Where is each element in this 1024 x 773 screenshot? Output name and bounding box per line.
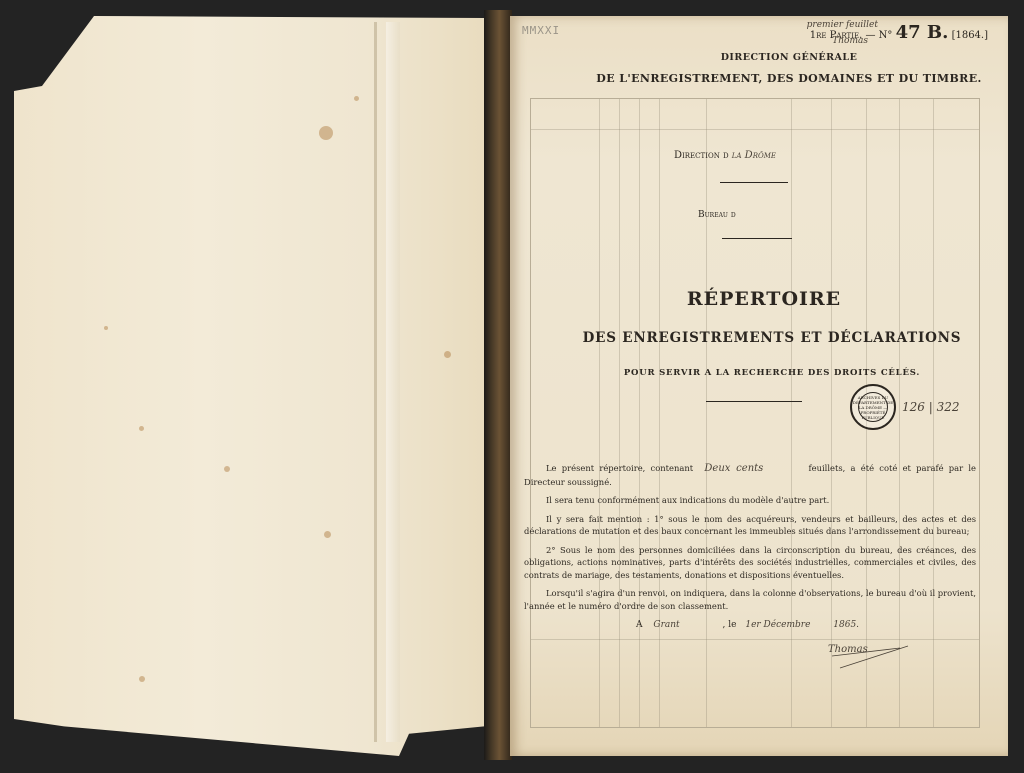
paragraph-3: Il y sera fait mention : 1° sous le nom … [524,513,976,538]
bureau-rule [722,238,792,239]
foxing-spot [354,96,359,101]
foxing-spot [224,466,230,472]
handwritten-note: premier feuillet [807,20,878,30]
bureau-label: Bureau d [698,210,736,220]
paragraph-2: Il sera tenu conformément aux indication… [524,494,976,507]
body-text: Le présent répertoire, contenant Deux ce… [524,462,976,618]
form-reference: premier feuillet Thomas 1re Partie. — N°… [810,22,988,43]
book-spine [484,10,512,760]
foxing-spot [139,676,145,682]
form-number: 47 B. [896,22,949,43]
direction-label: Direction d la Drôme [674,150,776,161]
foxing-spot [324,531,331,538]
header-enregistrement: DE L'ENREGISTREMENT, DES DOMAINES ET DU … [570,72,1008,85]
archive-stamp: ARCHIVES DU DÉPARTEMENT DE LA DRÔME — PR… [850,384,896,430]
header-direction-generale: DIRECTION GÉNÉRALE [570,52,1008,63]
direction-value: la Drôme [732,150,776,161]
foxing-spot [104,326,108,330]
document-subtitle-2: POUR SERVIR A LA RECHERCHE DES DROITS CÉ… [536,368,1008,378]
foxing-spot [319,126,333,140]
paragraph-5: Lorsqu'il s'agira d'un renvoi, on indiqu… [524,587,976,612]
direction-rule [720,182,788,183]
handwritten-year: 1865. [833,620,859,630]
handwritten-date: 1er Décembre [739,620,830,630]
place-date-line: A Grant , le 1er Décembre 1865. [636,620,859,630]
form-year: [1864.] [952,30,988,41]
signature-flourish [830,642,910,672]
title-rule [706,401,802,402]
handwritten-count: Deux cents [698,463,803,474]
left-page [14,16,484,756]
page-fold [374,22,377,742]
foxing-spot [139,426,144,431]
foxing-spot [444,351,451,358]
document-title: RÉPERTOIRE [520,288,1008,310]
right-page: MMXXI premier feuillet Thomas 1re Partie… [510,16,1008,756]
handwritten-initials: Thomas [832,36,868,46]
handwritten-place: Grant [645,620,719,630]
inventory-stamp: MMXXI [522,24,560,37]
page-fold-flap [386,22,400,742]
document-subtitle: DES ENREGISTREMENTS ET DÉCLARATIONS [536,330,1008,346]
archive-cote: 126 | 322 [902,400,959,414]
paragraph-1: Le présent répertoire, contenant Deux ce… [524,462,976,488]
paragraph-4: 2° Sous le nom des personnes domiciliées… [524,544,976,582]
